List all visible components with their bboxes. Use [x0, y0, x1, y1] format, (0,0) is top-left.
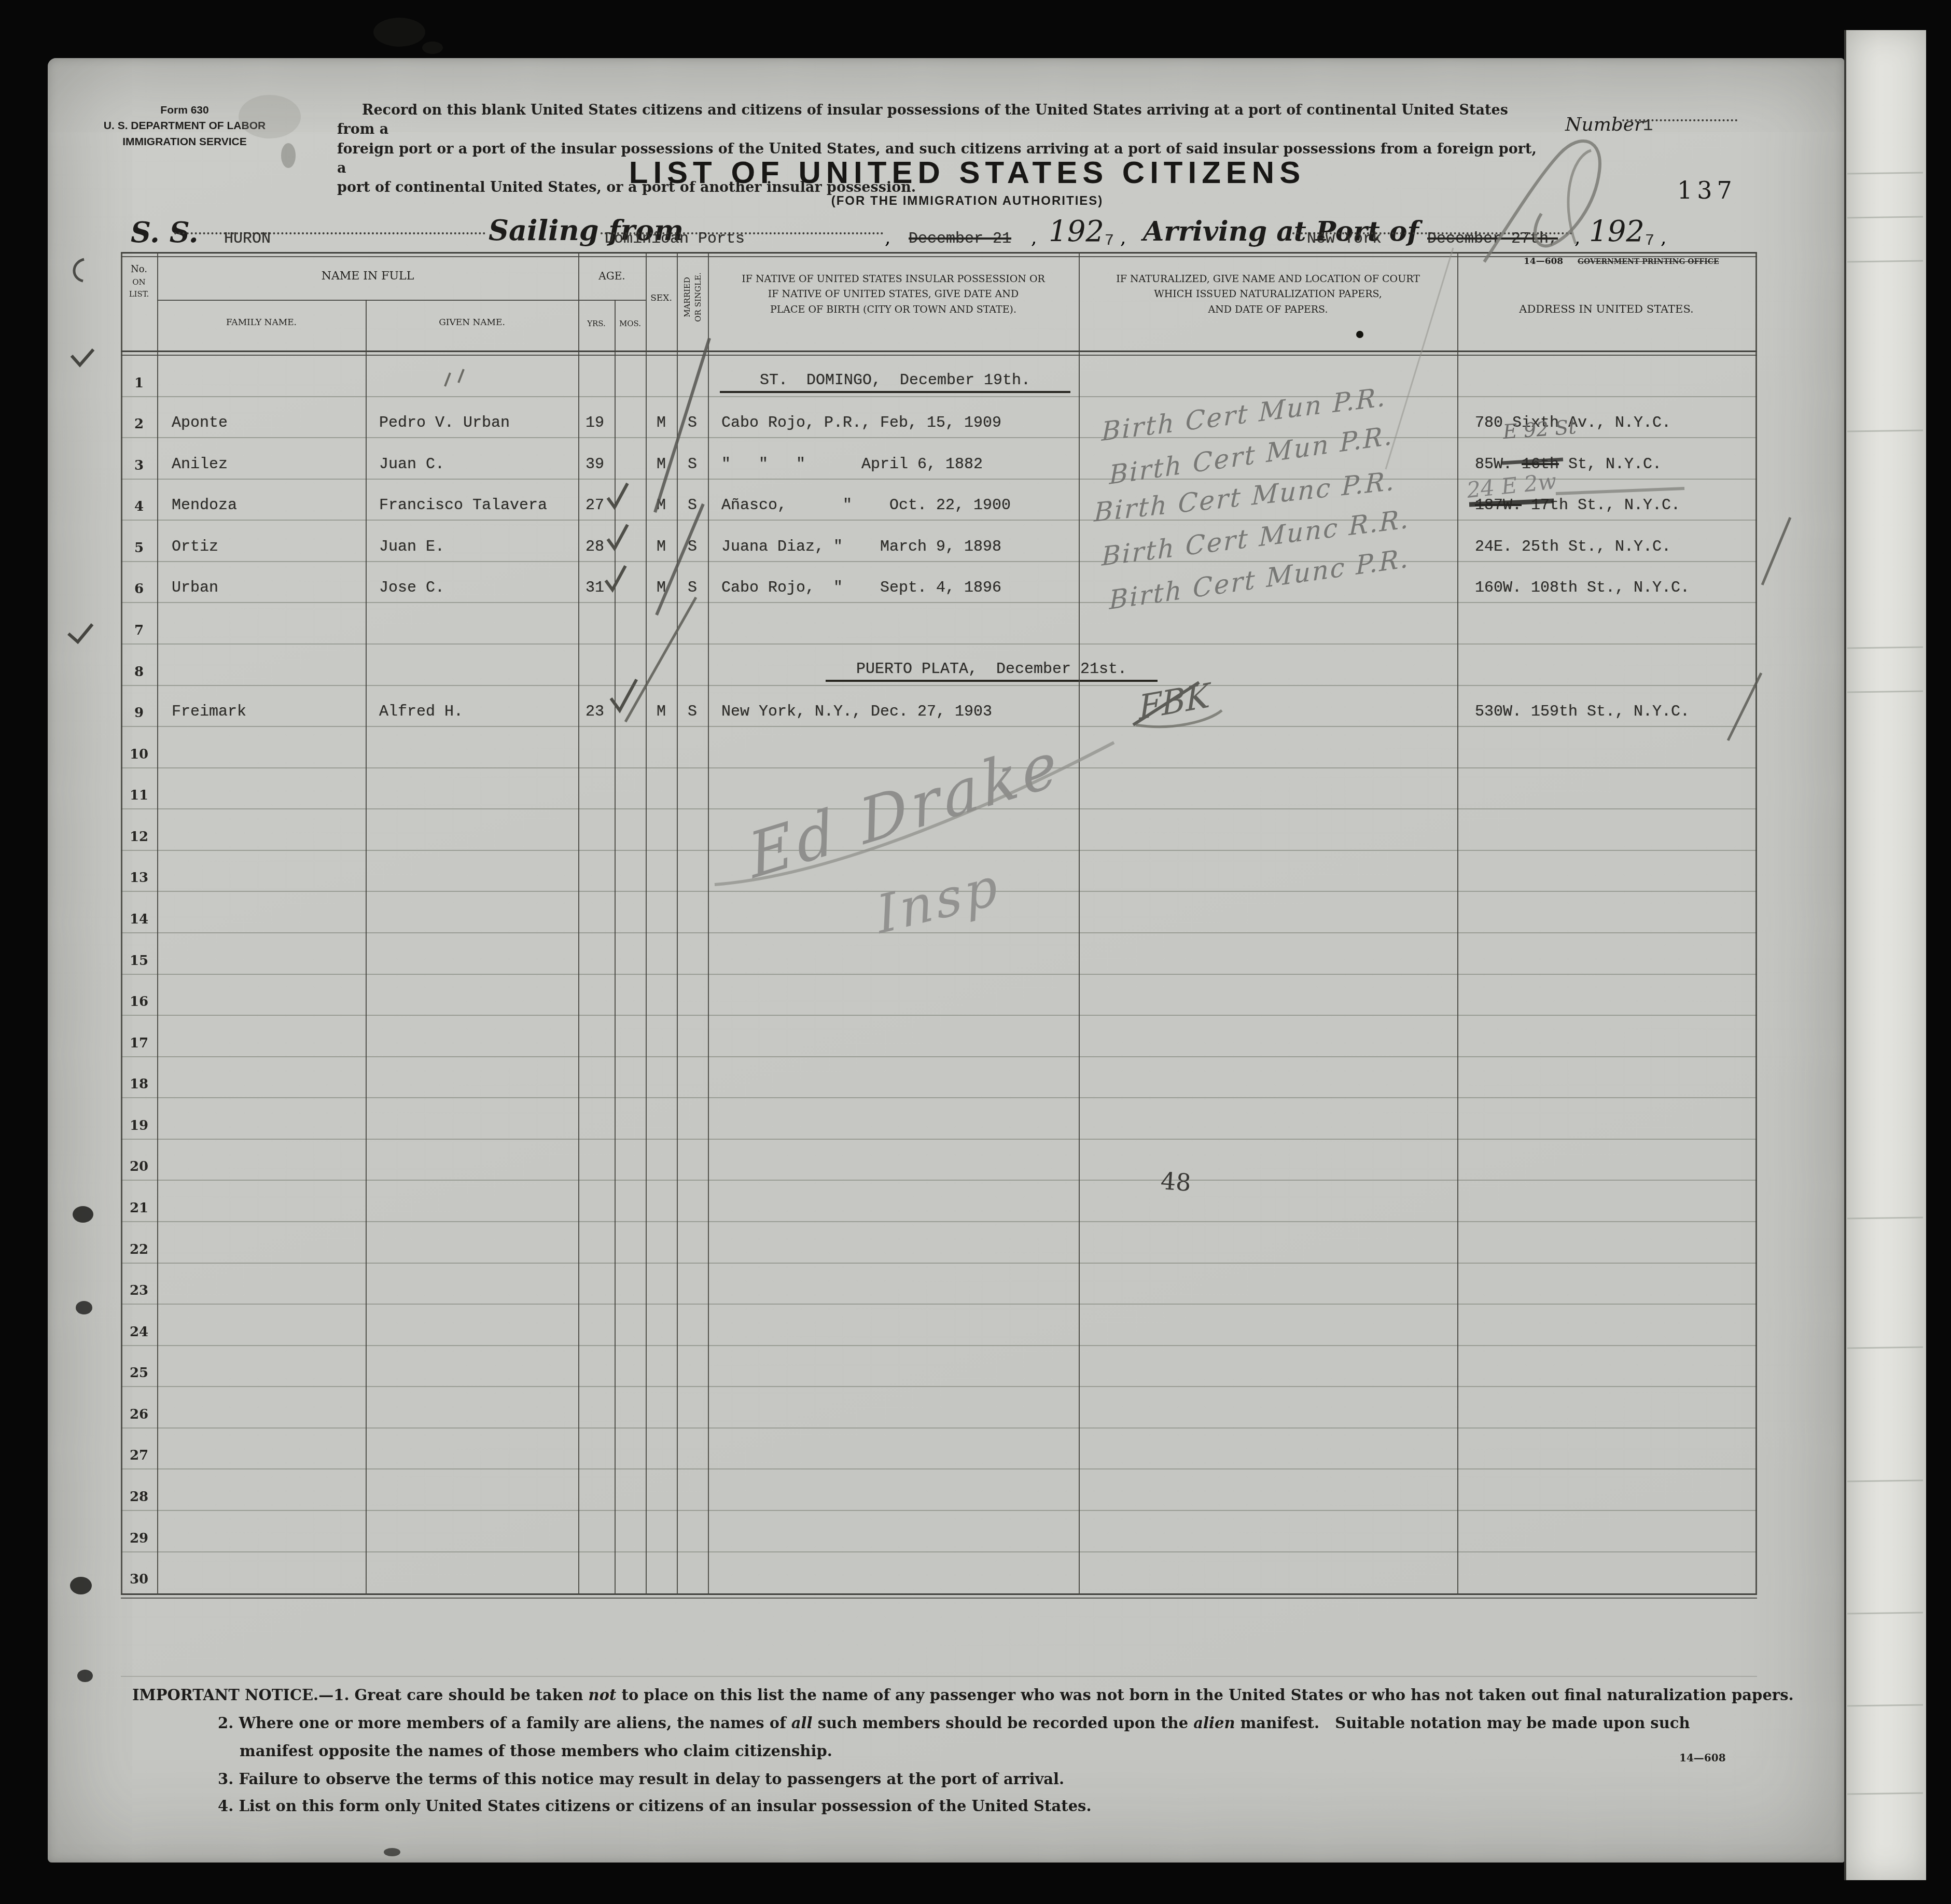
cell-sex: M [646, 456, 677, 473]
notice-line: 4. List on this form only United States … [218, 1797, 1092, 1815]
subheader-rule [157, 300, 646, 301]
port-heading: PUERTO PLATA, December 21st. [826, 661, 1158, 682]
cell-birth-place-date: " " " April 6, 1882 [721, 456, 983, 473]
form-id-block: Form 630 U. S. DEPARTMENT OF LABOR IMMIG… [96, 103, 273, 150]
year-printed: 192 [1049, 215, 1104, 248]
number-dotted-line [1622, 119, 1737, 121]
comma: , [885, 227, 890, 248]
row-number: 6 [121, 581, 157, 597]
row-number: 14 [121, 912, 157, 927]
col-head-no: No. ON LIST. [121, 262, 157, 300]
page-stamp-number: 137 [1677, 176, 1737, 204]
col-head-family: FAMILY NAME. [157, 317, 366, 328]
col-head-birth-line: IF NATIVE OF UNITED STATES, GIVE DATE AN… [708, 287, 1079, 302]
cell-family-name: Mendoza [172, 497, 237, 514]
col-head-birth-line: PLACE OF BIRTH (CITY OR TOWN AND STATE). [708, 302, 1079, 317]
address-text: 17th St., N.Y.C. [1522, 497, 1680, 514]
notice-line: manifest opposite the names of those mem… [240, 1742, 832, 1760]
row-number: 28 [121, 1489, 157, 1505]
cell-sex: M [646, 497, 677, 514]
column-rule [366, 300, 367, 1595]
row-number: 7 [121, 623, 157, 638]
page-subtitle: (FOR THE IMMIGRATION AUTHORITIES) [607, 194, 1328, 208]
row-number: 4 [121, 499, 157, 514]
column-rule [1755, 252, 1757, 1595]
cell-family-name: Ortiz [172, 538, 218, 556]
table-row: 25 [0, 1346, 1951, 1388]
port-heading: ST. DOMINGO, December 19th. [720, 372, 1070, 393]
address-text: 85W. [1475, 456, 1522, 473]
sailing-year-digit: 7 [1105, 232, 1114, 250]
row-number: 23 [121, 1283, 157, 1298]
cell-address: 85W. 16th St, N.Y.C. [1475, 456, 1662, 473]
col-head-address: ADDRESS IN UNITED STATES. [1457, 303, 1755, 315]
cell-birth-place-date: Cabo Rojo, " Sept. 4, 1896 [721, 579, 1001, 597]
cell-age-years: 28 [578, 538, 611, 556]
col-head-married: MARRIED OR SINGLE. [682, 255, 704, 339]
scanned-manifest-page: Form 630 U. S. DEPARTMENT OF LABOR IMMIG… [0, 0, 1951, 1904]
bottom-form-code: 14—608 [1679, 1752, 1726, 1764]
cell-family-name: Urban [172, 579, 218, 597]
column-rule [157, 252, 158, 1595]
row-number: 27 [121, 1448, 157, 1463]
cell-address: 530W. 159th St., N.Y.C. [1475, 703, 1690, 721]
row-number: 8 [121, 664, 157, 680]
cell-sex: M [646, 538, 677, 556]
cell-family-name: Anilez [172, 456, 228, 473]
row-number: 1 [121, 375, 157, 391]
col-head-given: GIVEN NAME. [366, 317, 578, 328]
table-row: 3AnilezJuan C.39MS" " " April 6, 188285W… [0, 438, 1951, 480]
table-row: 20 [0, 1140, 1951, 1181]
cell-married-or-single: S [677, 538, 708, 556]
cell-birth-place-date: Juana Diaz, " March 9, 1898 [721, 538, 1001, 556]
gpo-office: GOVERNMENT PRINTING OFFICE [1578, 258, 1719, 266]
row-number: 24 [121, 1324, 157, 1340]
notice-text: to place on this list the name of any pa… [616, 1686, 1793, 1704]
row-number: 20 [121, 1159, 157, 1174]
table-row: 24 [0, 1305, 1951, 1346]
row-number: 26 [121, 1407, 157, 1422]
cell-family-name: Aponte [172, 414, 228, 432]
year-printed: 192 [1589, 215, 1645, 248]
cell-married-or-single: S [677, 497, 708, 514]
table-row: 23 [0, 1264, 1951, 1305]
table-row: 7 [0, 603, 1951, 645]
table-row: 8PUERTO PLATA, December 21st. [0, 645, 1951, 686]
table-row: 15 [0, 933, 1951, 975]
cell-given-name: Juan C. [379, 456, 444, 473]
footer-faint-rule [121, 1676, 1757, 1677]
col-head-no-line: No. [121, 262, 157, 276]
number-label: Number [1565, 114, 1643, 135]
cell-birth-place-date: New York, N.Y., Dec. 27, 1903 [721, 703, 992, 721]
col-head-mos: MOS. [615, 319, 646, 328]
col-head-married-line: OR SINGLE. [693, 255, 704, 339]
cell-sex: M [646, 703, 677, 721]
cell-sex: M [646, 579, 677, 597]
cell-given-name: Francisco Talavera [379, 497, 547, 514]
row-number: 18 [121, 1076, 157, 1092]
cell-given-name: Juan E. [379, 538, 444, 556]
row-number: 3 [121, 458, 157, 473]
cell-age-years: 23 [578, 703, 611, 721]
cell-age-years: 39 [578, 456, 611, 473]
comma: , [1031, 227, 1037, 248]
table-row: 9FreimarkAlfred H.23MSNew York, N.Y., De… [0, 686, 1951, 727]
cell-married-or-single: S [677, 456, 708, 473]
address-text: 160W. 108th St., N.Y.C. [1475, 579, 1690, 597]
ship-name-line [174, 232, 485, 234]
cell-age-years: 31 [578, 579, 611, 597]
col-head-nat-line: IF NATURALIZED, GIVE NAME AND LOCATION O… [1079, 272, 1457, 287]
arrival-year-digit: 7 [1645, 232, 1654, 250]
table-row: 2ApontePedro V. Urban19MSCabo Rojo, P.R.… [0, 397, 1951, 439]
column-rule [1079, 252, 1080, 1595]
cell-married-or-single: S [677, 703, 708, 721]
row-number: 11 [121, 788, 157, 803]
table-bottom-rule2 [121, 1598, 1757, 1599]
page-title: LIST OF UNITED STATES CITIZENS [607, 155, 1328, 190]
col-head-nat-line: AND DATE OF PAPERS. [1079, 302, 1457, 317]
row-number: 22 [121, 1242, 157, 1257]
row-number: 19 [121, 1118, 157, 1133]
gpo-code: 14—608 [1524, 256, 1563, 267]
col-head-naturalization: IF NATURALIZED, GIVE NAME AND LOCATION O… [1079, 272, 1457, 317]
instructions-line: Record on this blank United States citiz… [337, 101, 1540, 139]
notice-text: Failure to observe the terms of this not… [233, 1770, 1064, 1788]
handwritten-tally: 48 [1160, 1167, 1192, 1197]
row-number: 5 [121, 540, 157, 556]
table-row: 16 [0, 975, 1951, 1016]
column-rule [1457, 252, 1458, 1595]
table-row: 30 [0, 1552, 1951, 1594]
form-department: U. S. DEPARTMENT OF LABOR [96, 118, 273, 134]
col-head-no-line: ON [121, 276, 157, 288]
col-head-sex: SEX. [646, 293, 677, 303]
row-number: 16 [121, 994, 157, 1010]
scan-smudge [373, 18, 425, 47]
row-number: 2 [121, 416, 157, 432]
notice-text: Where one or more members of a family ar… [233, 1714, 791, 1732]
notice-text: manifest. Suitable notation may be made … [1235, 1714, 1690, 1732]
cell-given-name: Jose C. [379, 579, 444, 597]
column-rule [646, 252, 647, 1595]
notice-text: such members should be recorded upon the [813, 1714, 1194, 1732]
col-head-age: AGE. [578, 270, 646, 282]
table-top-rule2 [121, 256, 1757, 257]
col-head-birth: IF NATIVE OF UNITED STATES INSULAR POSSE… [708, 272, 1079, 317]
ship-name: HURON [224, 230, 271, 248]
address-text: St, N.Y.C. [1559, 456, 1662, 473]
table-row: 28 [0, 1469, 1951, 1511]
notice-emphasis: alien [1193, 1714, 1235, 1732]
cell-married-or-single: S [677, 414, 708, 432]
row-number: 25 [121, 1365, 157, 1381]
table-row: 27 [0, 1429, 1951, 1470]
table-row: 21 [0, 1181, 1951, 1222]
cell-sex: M [646, 414, 677, 432]
column-rule [578, 252, 579, 1595]
row-number: 30 [121, 1572, 157, 1587]
row-number: 17 [121, 1035, 157, 1051]
col-head-name: NAME IN FULL [157, 270, 578, 283]
comma: , [1661, 227, 1666, 248]
form-number: Form 630 [96, 103, 273, 118]
notice-number: 3. [218, 1770, 233, 1788]
cell-family-name: Freimark [172, 703, 246, 721]
table-row: 5OrtizJuan E.28MSJuana Diaz, " March 9, … [0, 521, 1951, 562]
table-row: 22 [0, 1222, 1951, 1264]
arrival-port: New York [1307, 230, 1382, 248]
table-row: 17 [0, 1016, 1951, 1057]
number-value: 1 [1643, 116, 1653, 135]
cell-married-or-single: S [677, 579, 708, 597]
table-top-rule [121, 252, 1757, 254]
comma: , [1120, 227, 1126, 248]
table-row: 19 [0, 1098, 1951, 1140]
cell-birth-place-date: Añasco, " Oct. 22, 1900 [721, 497, 1011, 514]
comma: , [1574, 227, 1580, 248]
notice-emphasis: not [589, 1686, 617, 1704]
notice-emphasis: all [791, 1714, 813, 1732]
col-head-married-line: MARRIED [682, 255, 693, 339]
cell-address: 160W. 108th St., N.Y.C. [1475, 579, 1690, 597]
row-number: 12 [121, 829, 157, 845]
notice-number: IMPORTANT NOTICE.—1. [132, 1686, 349, 1704]
column-rule [677, 252, 678, 1595]
form-service: IMMIGRATION SERVICE [96, 134, 273, 150]
notice-number: 2. [218, 1714, 233, 1732]
row-number: 13 [121, 870, 157, 886]
notice-line: 2. Where one or more members of a family… [218, 1714, 1690, 1732]
row-number: 10 [121, 747, 157, 762]
cell-age-years: 27 [578, 497, 611, 514]
address-text: 530W. 159th St., N.Y.C. [1475, 703, 1690, 721]
column-rule [615, 300, 616, 1595]
column-rule [708, 252, 709, 1595]
table-row: 4MendozaFrancisco Talavera27MSAñasco, " … [0, 480, 1951, 521]
row-number: 29 [121, 1531, 157, 1546]
cell-given-name: Alfred H. [379, 703, 463, 721]
scan-smudge [422, 41, 443, 54]
row-number: 15 [121, 953, 157, 969]
notice-number: 4. [218, 1797, 233, 1815]
notice-text: List on this form only United States cit… [233, 1797, 1091, 1815]
table-row: 29 [0, 1511, 1951, 1552]
sailing-date: December 21 [909, 230, 1011, 248]
col-head-no-line: LIST. [121, 288, 157, 300]
notice-line: 3. Failure to observe the terms of this … [218, 1770, 1064, 1788]
table-row: 18 [0, 1057, 1951, 1099]
notice-text: manifest opposite the names of those mem… [240, 1742, 832, 1760]
table-row: 6UrbanJose C.31MSCabo Rojo, " Sept. 4, 1… [0, 562, 1951, 604]
arrival-date: December 27th, [1427, 230, 1558, 248]
notice-line: IMPORTANT NOTICE.—1. Great care should b… [132, 1686, 1794, 1704]
col-head-nat-line: WHICH ISSUED NATURALIZATION PAPERS, [1079, 287, 1457, 302]
sailing-port: Dominican Ports [605, 230, 745, 248]
cell-given-name: Pedro V. Urban [379, 414, 510, 432]
cell-address: 24E. 25th St., N.Y.C. [1475, 538, 1671, 556]
cell-age-years: 19 [578, 414, 611, 432]
col-head-birth-line: IF NATIVE OF UNITED STATES INSULAR POSSE… [708, 272, 1079, 287]
address-text: 24E. 25th St., N.Y.C. [1475, 538, 1671, 556]
row-number: 21 [121, 1200, 157, 1216]
column-rule [121, 252, 122, 1595]
notice-text: Great care should be taken [349, 1686, 588, 1704]
table-row: 26 [0, 1387, 1951, 1429]
cell-address: 187W. 17th St., N.Y.C. [1475, 497, 1680, 514]
row-number: 9 [121, 705, 157, 721]
table-row: 1ST. DOMINGO, December 19th. [0, 356, 1951, 397]
col-head-yrs: YRS. [578, 319, 615, 328]
cell-birth-place-date: Cabo Rojo, P.R., Feb, 15, 1909 [721, 414, 1001, 432]
